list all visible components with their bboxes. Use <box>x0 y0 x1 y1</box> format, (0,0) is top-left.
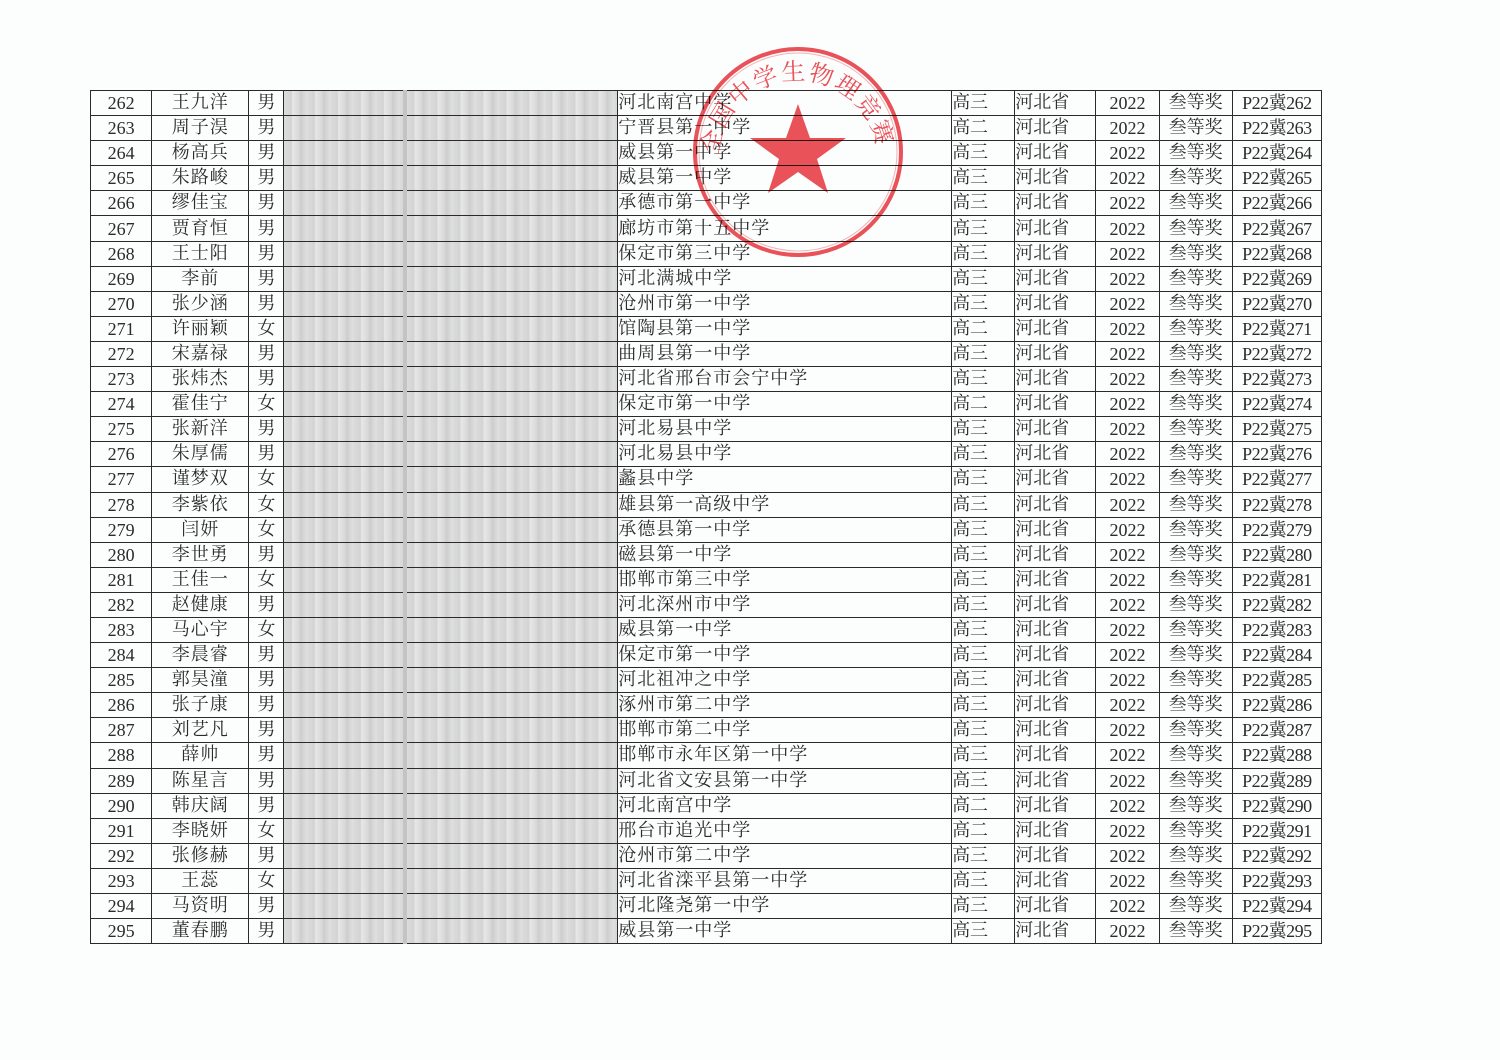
table-row: 270张少涵男沧州市第一中学高三河北省2022叁等奖P22冀270 <box>91 291 1322 316</box>
redacted-cell <box>284 793 405 818</box>
school-name-cell: 河北祖冲之中学 <box>618 668 952 693</box>
school-name-cell: 宁晋县第一中学 <box>618 116 952 141</box>
redacted-id-cell <box>405 392 618 417</box>
certificate-code-cell: P22冀290 <box>1232 793 1321 818</box>
gender-cell: 男 <box>249 894 284 919</box>
school-name-cell: 河北易县中学 <box>618 417 952 442</box>
grade-cell: 高三 <box>952 718 1015 743</box>
gender-cell: 男 <box>249 367 284 392</box>
grade-cell: 高三 <box>952 442 1015 467</box>
certificate-code-cell: P22冀265 <box>1232 166 1321 191</box>
award-level-cell: 叁等奖 <box>1159 91 1232 116</box>
certificate-code-cell: P22冀269 <box>1232 266 1321 291</box>
student-name-cell: 马心宇 <box>152 617 249 642</box>
year-cell: 2022 <box>1096 617 1159 642</box>
school-name-cell: 沧州市第一中学 <box>618 291 952 316</box>
redacted-cell <box>284 367 405 392</box>
redacted-cell <box>284 668 405 693</box>
roster-body: 262王九洋男河北南宫中学高三河北省2022叁等奖P22冀262263周子淏男宁… <box>91 91 1322 944</box>
serial-number-cell: 267 <box>91 216 152 241</box>
province-cell: 河北省 <box>1015 467 1096 492</box>
award-level-cell: 叁等奖 <box>1159 894 1232 919</box>
certificate-code-cell: P22冀289 <box>1232 768 1321 793</box>
province-cell: 河北省 <box>1015 643 1096 668</box>
year-cell: 2022 <box>1096 894 1159 919</box>
student-name-cell: 张炜杰 <box>152 367 249 392</box>
gender-cell: 男 <box>249 216 284 241</box>
award-level-cell: 叁等奖 <box>1159 743 1232 768</box>
award-level-cell: 叁等奖 <box>1159 367 1232 392</box>
redacted-id-cell <box>405 517 618 542</box>
serial-number-cell: 271 <box>91 316 152 341</box>
school-name-cell: 河北省文安县第一中学 <box>618 768 952 793</box>
school-name-cell: 河北南宫中学 <box>618 793 952 818</box>
school-name-cell: 曲周县第一中学 <box>618 341 952 366</box>
student-name-cell: 许丽颖 <box>152 316 249 341</box>
certificate-code-cell: P22冀275 <box>1232 417 1321 442</box>
grade-cell: 高三 <box>952 517 1015 542</box>
serial-number-cell: 270 <box>91 291 152 316</box>
grade-cell: 高三 <box>952 567 1015 592</box>
school-name-cell: 保定市第一中学 <box>618 392 952 417</box>
grade-cell: 高三 <box>952 367 1015 392</box>
table-row: 279闫妍女承德县第一中学高三河北省2022叁等奖P22冀279 <box>91 517 1322 542</box>
redacted-id-cell <box>405 843 618 868</box>
serial-number-cell: 286 <box>91 693 152 718</box>
table-row: 283马心宇女威县第一中学高三河北省2022叁等奖P22冀283 <box>91 617 1322 642</box>
award-level-cell: 叁等奖 <box>1159 517 1232 542</box>
award-level-cell: 叁等奖 <box>1159 843 1232 868</box>
student-name-cell: 谨梦双 <box>152 467 249 492</box>
school-name-cell: 威县第一中学 <box>618 617 952 642</box>
gender-cell: 女 <box>249 567 284 592</box>
table-row: 268王士阳男保定市第三中学高三河北省2022叁等奖P22冀268 <box>91 241 1322 266</box>
student-name-cell: 韩庆阔 <box>152 793 249 818</box>
serial-number-cell: 284 <box>91 643 152 668</box>
province-cell: 河北省 <box>1015 367 1096 392</box>
student-name-cell: 李晓妍 <box>152 818 249 843</box>
school-name-cell: 磁县第一中学 <box>618 542 952 567</box>
student-name-cell: 李世勇 <box>152 542 249 567</box>
redacted-id-cell <box>405 367 618 392</box>
table-row: 277谨梦双女蠡县中学高三河北省2022叁等奖P22冀277 <box>91 467 1322 492</box>
year-cell: 2022 <box>1096 517 1159 542</box>
redacted-cell <box>284 417 405 442</box>
table-row: 272宋嘉禄男曲周县第一中学高三河北省2022叁等奖P22冀272 <box>91 341 1322 366</box>
serial-number-cell: 268 <box>91 241 152 266</box>
redacted-cell <box>284 191 405 216</box>
table-row: 267贾育恒男廊坊市第十五中学高三河北省2022叁等奖P22冀267 <box>91 216 1322 241</box>
student-name-cell: 董春鹏 <box>152 919 249 944</box>
certificate-code-cell: P22冀285 <box>1232 668 1321 693</box>
table-row: 288薛帅男邯郸市永年区第一中学高三河北省2022叁等奖P22冀288 <box>91 743 1322 768</box>
redacted-id-cell <box>405 241 618 266</box>
redacted-cell <box>284 116 405 141</box>
certificate-code-cell: P22冀295 <box>1232 919 1321 944</box>
year-cell: 2022 <box>1096 818 1159 843</box>
student-name-cell: 朱路峻 <box>152 166 249 191</box>
gender-cell: 女 <box>249 517 284 542</box>
certificate-code-cell: P22冀279 <box>1232 517 1321 542</box>
redacted-cell <box>284 316 405 341</box>
redacted-id-cell <box>405 743 618 768</box>
school-name-cell: 馆陶县第一中学 <box>618 316 952 341</box>
year-cell: 2022 <box>1096 542 1159 567</box>
award-level-cell: 叁等奖 <box>1159 116 1232 141</box>
award-level-cell: 叁等奖 <box>1159 241 1232 266</box>
student-name-cell: 王士阳 <box>152 241 249 266</box>
student-name-cell: 张少涵 <box>152 291 249 316</box>
certificate-code-cell: P22冀280 <box>1232 542 1321 567</box>
province-cell: 河北省 <box>1015 793 1096 818</box>
gender-cell: 男 <box>249 116 284 141</box>
redacted-id-cell <box>405 166 618 191</box>
grade-cell: 高三 <box>952 843 1015 868</box>
school-name-cell: 承德县第一中学 <box>618 517 952 542</box>
serial-number-cell: 281 <box>91 567 152 592</box>
gender-cell: 女 <box>249 492 284 517</box>
redacted-cell <box>284 216 405 241</box>
province-cell: 河北省 <box>1015 818 1096 843</box>
serial-number-cell: 295 <box>91 919 152 944</box>
gender-cell: 男 <box>249 141 284 166</box>
school-name-cell: 威县第一中学 <box>618 166 952 191</box>
student-name-cell: 贾育恒 <box>152 216 249 241</box>
redacted-id-cell <box>405 768 618 793</box>
year-cell: 2022 <box>1096 567 1159 592</box>
gender-cell: 女 <box>249 392 284 417</box>
certificate-code-cell: P22冀288 <box>1232 743 1321 768</box>
school-name-cell: 河北省滦平县第一中学 <box>618 868 952 893</box>
province-cell: 河北省 <box>1015 266 1096 291</box>
table-row: 292张修赫男沧州市第二中学高三河北省2022叁等奖P22冀292 <box>91 843 1322 868</box>
certificate-code-cell: P22冀287 <box>1232 718 1321 743</box>
school-name-cell: 雄县第一高级中学 <box>618 492 952 517</box>
certificate-code-cell: P22冀270 <box>1232 291 1321 316</box>
redacted-id-cell <box>405 191 618 216</box>
award-level-cell: 叁等奖 <box>1159 316 1232 341</box>
redacted-id-cell <box>405 643 618 668</box>
serial-number-cell: 266 <box>91 191 152 216</box>
redacted-id-cell <box>405 793 618 818</box>
redacted-id-cell <box>405 818 618 843</box>
province-cell: 河北省 <box>1015 668 1096 693</box>
student-name-cell: 薛帅 <box>152 743 249 768</box>
gender-cell: 男 <box>249 693 284 718</box>
award-level-cell: 叁等奖 <box>1159 668 1232 693</box>
award-level-cell: 叁等奖 <box>1159 492 1232 517</box>
gender-cell: 男 <box>249 417 284 442</box>
province-cell: 河北省 <box>1015 417 1096 442</box>
school-name-cell: 河北易县中学 <box>618 442 952 467</box>
year-cell: 2022 <box>1096 693 1159 718</box>
province-cell: 河北省 <box>1015 617 1096 642</box>
year-cell: 2022 <box>1096 91 1159 116</box>
table-row: 275张新洋男河北易县中学高三河北省2022叁等奖P22冀275 <box>91 417 1322 442</box>
gender-cell: 女 <box>249 868 284 893</box>
redacted-cell <box>284 868 405 893</box>
grade-cell: 高三 <box>952 341 1015 366</box>
serial-number-cell: 276 <box>91 442 152 467</box>
province-cell: 河北省 <box>1015 693 1096 718</box>
school-name-cell: 河北深州市中学 <box>618 592 952 617</box>
table-row: 274霍佳宁女保定市第一中学高二河北省2022叁等奖P22冀274 <box>91 392 1322 417</box>
grade-cell: 高二 <box>952 793 1015 818</box>
certificate-code-cell: P22冀283 <box>1232 617 1321 642</box>
student-name-cell: 闫妍 <box>152 517 249 542</box>
redacted-id-cell <box>405 467 618 492</box>
redacted-id-cell <box>405 592 618 617</box>
grade-cell: 高三 <box>952 643 1015 668</box>
province-cell: 河北省 <box>1015 291 1096 316</box>
gender-cell: 男 <box>249 291 284 316</box>
table-row: 273张炜杰男河北省邢台市会宁中学高三河北省2022叁等奖P22冀273 <box>91 367 1322 392</box>
year-cell: 2022 <box>1096 467 1159 492</box>
province-cell: 河北省 <box>1015 316 1096 341</box>
certificate-code-cell: P22冀286 <box>1232 693 1321 718</box>
gender-cell: 男 <box>249 191 284 216</box>
year-cell: 2022 <box>1096 793 1159 818</box>
award-level-cell: 叁等奖 <box>1159 818 1232 843</box>
year-cell: 2022 <box>1096 643 1159 668</box>
grade-cell: 高三 <box>952 592 1015 617</box>
province-cell: 河北省 <box>1015 542 1096 567</box>
year-cell: 2022 <box>1096 768 1159 793</box>
redacted-id-cell <box>405 617 618 642</box>
grade-cell: 高三 <box>952 743 1015 768</box>
student-name-cell: 王佳一 <box>152 567 249 592</box>
table-row: 285郭昊潼男河北祖冲之中学高三河北省2022叁等奖P22冀285 <box>91 668 1322 693</box>
grade-cell: 高三 <box>952 894 1015 919</box>
student-name-cell: 张修赫 <box>152 843 249 868</box>
serial-number-cell: 278 <box>91 492 152 517</box>
province-cell: 河北省 <box>1015 768 1096 793</box>
certificate-code-cell: P22冀267 <box>1232 216 1321 241</box>
grade-cell: 高二 <box>952 818 1015 843</box>
gender-cell: 男 <box>249 668 284 693</box>
student-name-cell: 杨高兵 <box>152 141 249 166</box>
grade-cell: 高三 <box>952 216 1015 241</box>
table-row: 266缪佳宝男承德市第一中学高三河北省2022叁等奖P22冀266 <box>91 191 1322 216</box>
award-level-cell: 叁等奖 <box>1159 693 1232 718</box>
school-name-cell: 保定市第三中学 <box>618 241 952 266</box>
certificate-code-cell: P22冀291 <box>1232 818 1321 843</box>
gender-cell: 男 <box>249 743 284 768</box>
gender-cell: 男 <box>249 241 284 266</box>
serial-number-cell: 294 <box>91 894 152 919</box>
award-level-cell: 叁等奖 <box>1159 567 1232 592</box>
grade-cell: 高三 <box>952 241 1015 266</box>
school-name-cell: 承德市第一中学 <box>618 191 952 216</box>
student-name-cell: 王蕊 <box>152 868 249 893</box>
year-cell: 2022 <box>1096 316 1159 341</box>
year-cell: 2022 <box>1096 141 1159 166</box>
redacted-cell <box>284 617 405 642</box>
certificate-code-cell: P22冀277 <box>1232 467 1321 492</box>
serial-number-cell: 290 <box>91 793 152 818</box>
certificate-code-cell: P22冀272 <box>1232 341 1321 366</box>
province-cell: 河北省 <box>1015 592 1096 617</box>
table-row: 276朱厚儒男河北易县中学高三河北省2022叁等奖P22冀276 <box>91 442 1322 467</box>
serial-number-cell: 269 <box>91 266 152 291</box>
grade-cell: 高三 <box>952 266 1015 291</box>
serial-number-cell: 272 <box>91 341 152 366</box>
school-name-cell: 河北省邢台市会宁中学 <box>618 367 952 392</box>
certificate-code-cell: P22冀264 <box>1232 141 1321 166</box>
grade-cell: 高三 <box>952 693 1015 718</box>
serial-number-cell: 262 <box>91 91 152 116</box>
redacted-id-cell <box>405 91 618 116</box>
redacted-cell <box>284 467 405 492</box>
student-name-cell: 李紫依 <box>152 492 249 517</box>
award-level-cell: 叁等奖 <box>1159 291 1232 316</box>
redacted-cell <box>284 643 405 668</box>
redacted-id-cell <box>405 894 618 919</box>
redacted-id-cell <box>405 417 618 442</box>
province-cell: 河北省 <box>1015 919 1096 944</box>
redacted-cell <box>284 141 405 166</box>
award-level-cell: 叁等奖 <box>1159 919 1232 944</box>
grade-cell: 高三 <box>952 141 1015 166</box>
serial-number-cell: 279 <box>91 517 152 542</box>
serial-number-cell: 265 <box>91 166 152 191</box>
year-cell: 2022 <box>1096 868 1159 893</box>
grade-cell: 高三 <box>952 542 1015 567</box>
redacted-cell <box>284 818 405 843</box>
redacted-id-cell <box>405 668 618 693</box>
redacted-cell <box>284 91 405 116</box>
redacted-cell <box>284 542 405 567</box>
grade-cell: 高三 <box>952 166 1015 191</box>
school-name-cell: 涿州市第二中学 <box>618 693 952 718</box>
table-row: 264杨高兵男威县第一中学高三河北省2022叁等奖P22冀264 <box>91 141 1322 166</box>
gender-cell: 男 <box>249 768 284 793</box>
table-row: 295董春鹏男威县第一中学高三河北省2022叁等奖P22冀295 <box>91 919 1322 944</box>
year-cell: 2022 <box>1096 341 1159 366</box>
year-cell: 2022 <box>1096 291 1159 316</box>
award-level-cell: 叁等奖 <box>1159 266 1232 291</box>
certificate-code-cell: P22冀282 <box>1232 592 1321 617</box>
year-cell: 2022 <box>1096 216 1159 241</box>
year-cell: 2022 <box>1096 442 1159 467</box>
redacted-id-cell <box>405 718 618 743</box>
year-cell: 2022 <box>1096 592 1159 617</box>
certificate-code-cell: P22冀281 <box>1232 567 1321 592</box>
student-name-cell: 张子康 <box>152 693 249 718</box>
redacted-id-cell <box>405 492 618 517</box>
table-row: 265朱路峻男威县第一中学高三河北省2022叁等奖P22冀265 <box>91 166 1322 191</box>
year-cell: 2022 <box>1096 743 1159 768</box>
student-name-cell: 周子淏 <box>152 116 249 141</box>
redacted-cell <box>284 442 405 467</box>
province-cell: 河北省 <box>1015 166 1096 191</box>
redacted-id-cell <box>405 442 618 467</box>
province-cell: 河北省 <box>1015 718 1096 743</box>
serial-number-cell: 274 <box>91 392 152 417</box>
serial-number-cell: 292 <box>91 843 152 868</box>
table-row: 290韩庆阔男河北南宫中学高二河北省2022叁等奖P22冀290 <box>91 793 1322 818</box>
year-cell: 2022 <box>1096 718 1159 743</box>
table-row: 284李晨睿男保定市第一中学高三河北省2022叁等奖P22冀284 <box>91 643 1322 668</box>
school-name-cell: 沧州市第二中学 <box>618 843 952 868</box>
school-name-cell: 邯郸市第三中学 <box>618 567 952 592</box>
gender-cell: 男 <box>249 442 284 467</box>
redacted-cell <box>284 843 405 868</box>
table-row: 286张子康男涿州市第二中学高三河北省2022叁等奖P22冀286 <box>91 693 1322 718</box>
student-name-cell: 缪佳宝 <box>152 191 249 216</box>
province-cell: 河北省 <box>1015 341 1096 366</box>
certificate-code-cell: P22冀262 <box>1232 91 1321 116</box>
certificate-code-cell: P22冀268 <box>1232 241 1321 266</box>
gender-cell: 女 <box>249 617 284 642</box>
redacted-cell <box>284 341 405 366</box>
year-cell: 2022 <box>1096 492 1159 517</box>
redacted-cell <box>284 166 405 191</box>
redacted-cell <box>284 768 405 793</box>
serial-number-cell: 289 <box>91 768 152 793</box>
year-cell: 2022 <box>1096 843 1159 868</box>
redacted-cell <box>284 492 405 517</box>
school-name-cell: 蠡县中学 <box>618 467 952 492</box>
redacted-id-cell <box>405 141 618 166</box>
certificate-code-cell: P22冀293 <box>1232 868 1321 893</box>
award-level-cell: 叁等奖 <box>1159 718 1232 743</box>
serial-number-cell: 293 <box>91 868 152 893</box>
gender-cell: 男 <box>249 592 284 617</box>
gender-cell: 男 <box>249 643 284 668</box>
redacted-id-cell <box>405 316 618 341</box>
school-name-cell: 保定市第一中学 <box>618 643 952 668</box>
table-row: 281王佳一女邯郸市第三中学高三河北省2022叁等奖P22冀281 <box>91 567 1322 592</box>
award-level-cell: 叁等奖 <box>1159 166 1232 191</box>
redacted-id-cell <box>405 266 618 291</box>
province-cell: 河北省 <box>1015 191 1096 216</box>
award-level-cell: 叁等奖 <box>1159 643 1232 668</box>
table-row: 269李前男河北满城中学高三河北省2022叁等奖P22冀269 <box>91 266 1322 291</box>
grade-cell: 高三 <box>952 919 1015 944</box>
grade-cell: 高三 <box>952 492 1015 517</box>
student-name-cell: 朱厚儒 <box>152 442 249 467</box>
serial-number-cell: 287 <box>91 718 152 743</box>
school-name-cell: 河北满城中学 <box>618 266 952 291</box>
table-row: 294马资明男河北隆尧第一中学高三河北省2022叁等奖P22冀294 <box>91 894 1322 919</box>
redacted-cell <box>284 743 405 768</box>
gender-cell: 男 <box>249 542 284 567</box>
redacted-cell <box>284 718 405 743</box>
redacted-cell <box>284 291 405 316</box>
table-row: 280李世勇男磁县第一中学高三河北省2022叁等奖P22冀280 <box>91 542 1322 567</box>
certificate-code-cell: P22冀273 <box>1232 367 1321 392</box>
student-name-cell: 赵健康 <box>152 592 249 617</box>
gender-cell: 男 <box>249 919 284 944</box>
award-level-cell: 叁等奖 <box>1159 467 1232 492</box>
student-name-cell: 陈星言 <box>152 768 249 793</box>
table-row: 289陈星言男河北省文安县第一中学高三河北省2022叁等奖P22冀289 <box>91 768 1322 793</box>
student-name-cell: 刘艺凡 <box>152 718 249 743</box>
serial-number-cell: 291 <box>91 818 152 843</box>
redacted-id-cell <box>405 542 618 567</box>
school-name-cell: 河北南宫中学 <box>618 91 952 116</box>
table-row: 263周子淏男宁晋县第一中学高二河北省2022叁等奖P22冀263 <box>91 116 1322 141</box>
redacted-id-cell <box>405 291 618 316</box>
gender-cell: 男 <box>249 91 284 116</box>
gender-cell: 男 <box>249 718 284 743</box>
province-cell: 河北省 <box>1015 216 1096 241</box>
grade-cell: 高三 <box>952 417 1015 442</box>
award-level-cell: 叁等奖 <box>1159 793 1232 818</box>
grade-cell: 高二 <box>952 392 1015 417</box>
award-level-cell: 叁等奖 <box>1159 191 1232 216</box>
